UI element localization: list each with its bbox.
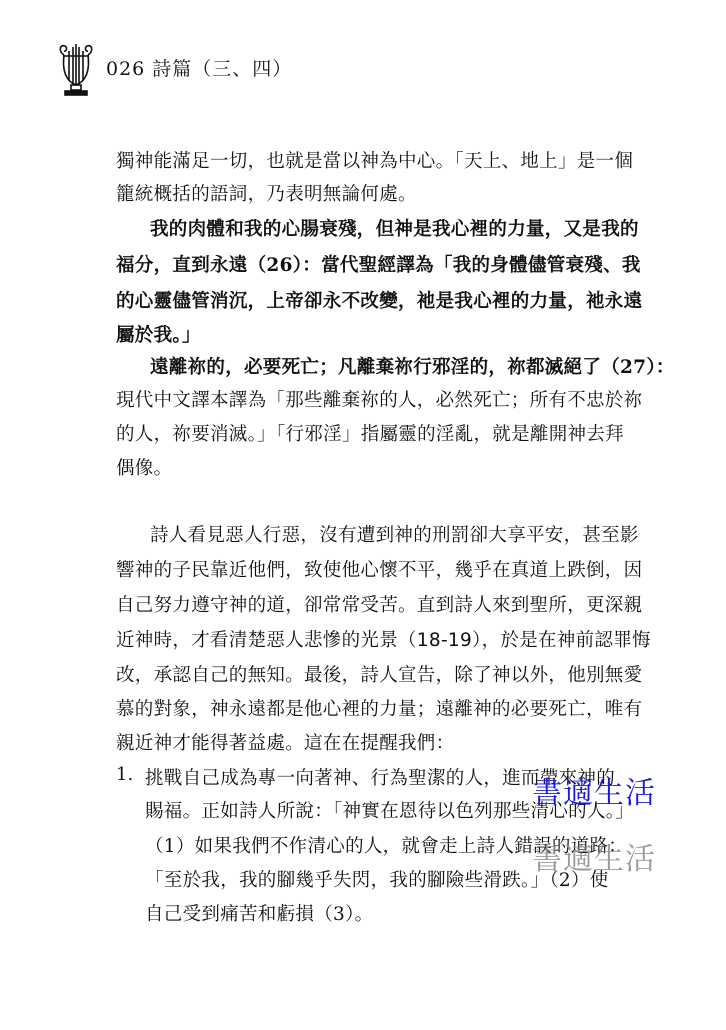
page-title: 026 詩篇（三、四）	[106, 54, 292, 81]
body-line: 偶像。	[116, 454, 172, 480]
lyre-icon	[56, 41, 96, 99]
body-line: 詩人看見惡人行惡，沒有遭到神的刑罰卻大享平安，甚至影	[150, 521, 639, 547]
verse-line: 遠離祢的，必要死亡；凡離棄祢行邪淫的，祢都滅絕了（27）：	[150, 353, 675, 379]
body-line: 親近神才能得著益處。這在在提醒我們：	[116, 729, 454, 755]
page-header: 026 詩篇（三、四）	[56, 40, 292, 100]
body-line: 現代中文譯本譯為「那些離棄祢的人，必然死亡；所有不忠於祢	[116, 386, 642, 412]
watermark-gray: 書適生活	[532, 834, 656, 878]
verse-line: 的心靈儘管消沉，上帝卻永不改變，祂是我心裡的力量，祂永遠	[116, 287, 642, 313]
verse-line: 福分，直到永遠（26）：當代聖經譯為「我的身體儘管衰殘、我	[116, 251, 641, 277]
list-line: 自己受到痛苦和虧損（3）。	[145, 900, 373, 926]
watermark-blue: 書適生活	[532, 768, 656, 812]
body-line: 獨神能滿足一切，也就是當以神為中心。「天上、地上」是一個	[116, 147, 633, 173]
body-line: 慕的對象，神永遠都是他心裡的力量；遠離神的必要死亡，唯有	[116, 695, 642, 721]
body-line: 的人，祢要消滅。」「行邪淫」指屬靈的淫亂，就是離開神去拜	[116, 420, 624, 446]
verse-line: 屬於我。」	[116, 321, 201, 347]
body-line: 響神的子民靠近他們，致使他心懷不平，幾乎在真道上跌倒，因	[116, 556, 642, 582]
body-line: 近神時，才看清楚惡人悲慘的光景（18-19），於是在神前認罪悔	[116, 626, 651, 652]
body-line: 籠統概括的語詞，乃表明無論何處。	[116, 180, 417, 206]
body-line: 自己努力遵守神的道，卻常常受苦。直到詩人來到聖所，更深親	[116, 591, 642, 617]
verse-line: 我的肉體和我的心腸衰殘，但神是我心裡的力量，又是我的	[150, 215, 639, 241]
list-number: 1.	[116, 764, 133, 785]
body-line: 改，承認自己的無知。最後，詩人宣告，除了神以外，他別無愛	[116, 661, 642, 687]
